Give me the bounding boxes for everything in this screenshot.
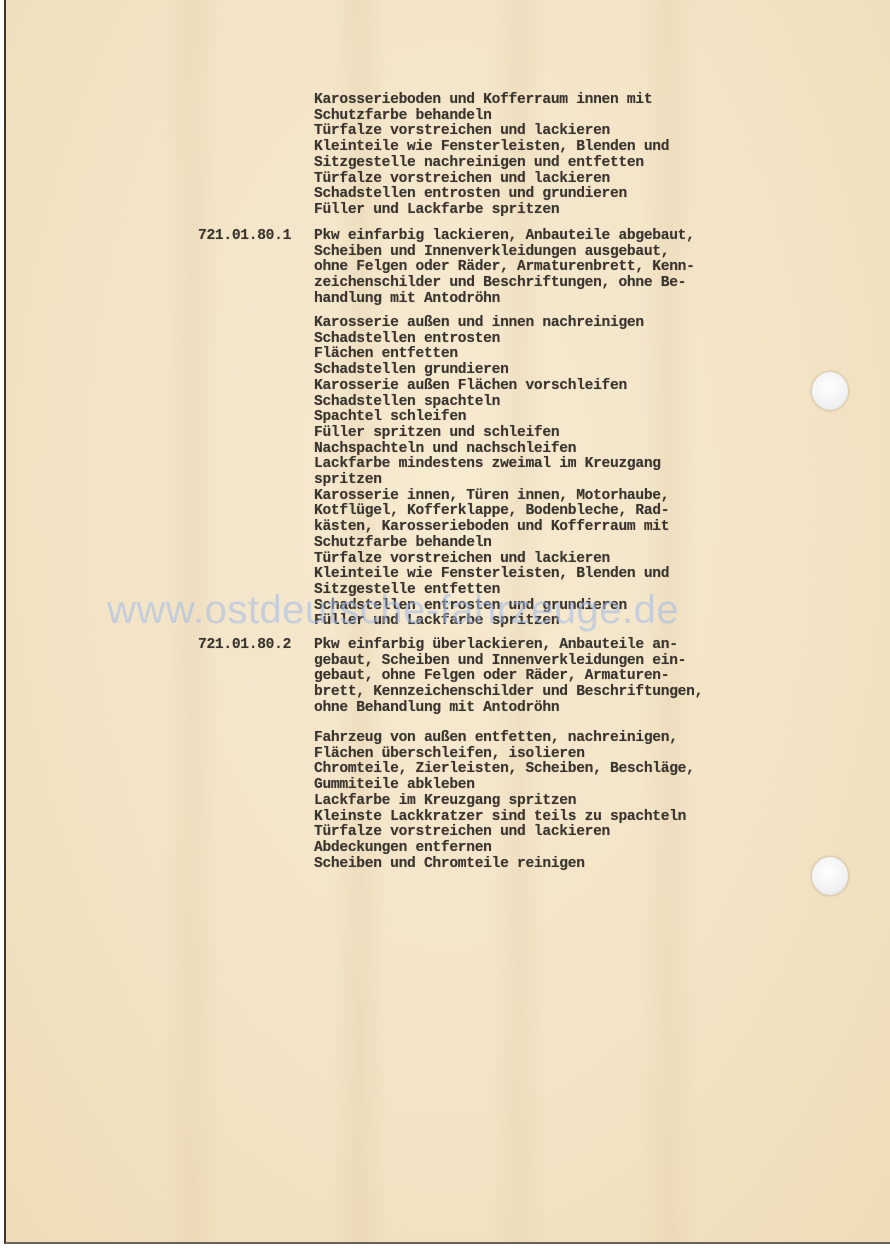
text-line: Karosserie außen Flächen vorschleifen — [314, 379, 669, 395]
text-line: Füller und Lackfarbe spritzen — [314, 203, 669, 219]
text-line: handlung mit Antodröhn — [314, 292, 695, 308]
entry-code: 721.01.80.2 — [198, 638, 291, 654]
text-line: ohne Felgen oder Räder, Armaturenbrett, … — [314, 260, 695, 276]
text-line: Schutzfarbe behandeln — [314, 536, 669, 552]
text-line: Türfalze vorstreichen und lackieren — [314, 124, 669, 140]
text-line: kästen, Karosserieboden und Kofferraum m… — [314, 520, 669, 536]
text-line: Pkw einfarbig lackieren, Anbauteile abge… — [314, 229, 695, 245]
text-line: Lackfarbe im Kreuzgang spritzen — [314, 794, 695, 810]
text-line: Füller spritzen und schleifen — [314, 426, 669, 442]
text-line: Kleinste Lackkratzer sind teils zu spach… — [314, 810, 695, 826]
text-line: Sitzgestelle nachreinigen und entfetten — [314, 156, 669, 172]
text-line: Kleinteile wie Fensterleisten, Blenden u… — [314, 567, 669, 583]
text-line: ohne Behandlung mit Antodröhn — [314, 701, 703, 717]
text-line: spritzen — [314, 473, 669, 489]
text-line: Karosserieboden und Kofferraum innen mit — [314, 93, 669, 109]
text-line: Gummiteile abkleben — [314, 778, 695, 794]
text-line: Türfalze vorstreichen und lackieren — [314, 825, 695, 841]
text-line: Sitzgestelle entfetten — [314, 583, 669, 599]
text-line: Lackfarbe mindestens zweimal im Kreuzgan… — [314, 457, 669, 473]
text-line: zeichenschilder und Beschriftungen, ohne… — [314, 276, 695, 292]
text-line: Karosserie außen und innen nachreinigen — [314, 316, 669, 332]
text-line: Nachspachteln und nachschleifen — [314, 442, 669, 458]
text-line: Chromteile, Zierleisten, Scheiben, Besch… — [314, 762, 695, 778]
entry-heading: Pkw einfarbig überlackieren, Anbauteile … — [314, 638, 703, 717]
text-line: Schadstellen spachteln — [314, 395, 669, 411]
text-line: Kleinteile wie Fensterleisten, Blenden u… — [314, 140, 669, 156]
text-line: Türfalze vorstreichen und lackieren — [314, 552, 669, 568]
text-line: Schadstellen grundieren — [314, 363, 669, 379]
text-line: Schadstellen entrosten und grundieren — [314, 599, 669, 615]
entry-heading: Pkw einfarbig lackieren, Anbauteile abge… — [314, 229, 695, 308]
text-line: Kotflügel, Kofferklappe, Bodenbleche, Ra… — [314, 504, 669, 520]
typewritten-document: Karosserieboden und Kofferraum innen mit… — [0, 0, 890, 1257]
text-line: Spachtel schleifen — [314, 410, 669, 426]
text-line: Fahrzeug von außen entfetten, nachreinig… — [314, 731, 695, 747]
text-line: Pkw einfarbig überlackieren, Anbauteile … — [314, 638, 703, 654]
text-line: Schadstellen entrosten und grundieren — [314, 187, 669, 203]
text-line: Flächen entfetten — [314, 347, 669, 363]
continuation-steps: Karosserieboden und Kofferraum innen mit… — [314, 93, 669, 219]
text-line: Scheiben und Chromteile reinigen — [314, 857, 695, 873]
text-line: gebaut, ohne Felgen oder Räder, Armature… — [314, 669, 703, 685]
text-line: Füller und Lackfarbe spritzen — [314, 614, 669, 630]
text-line: Abdeckungen entfernen — [314, 841, 695, 857]
text-line: brett, Kennzeichenschilder und Beschrift… — [314, 685, 703, 701]
entry-code: 721.01.80.1 — [198, 229, 291, 245]
text-line: Türfalze vorstreichen und lackieren — [314, 172, 669, 188]
entry-steps: Fahrzeug von außen entfetten, nachreinig… — [314, 731, 695, 872]
entry-steps: Karosserie außen und innen nachreinigenS… — [314, 316, 669, 630]
